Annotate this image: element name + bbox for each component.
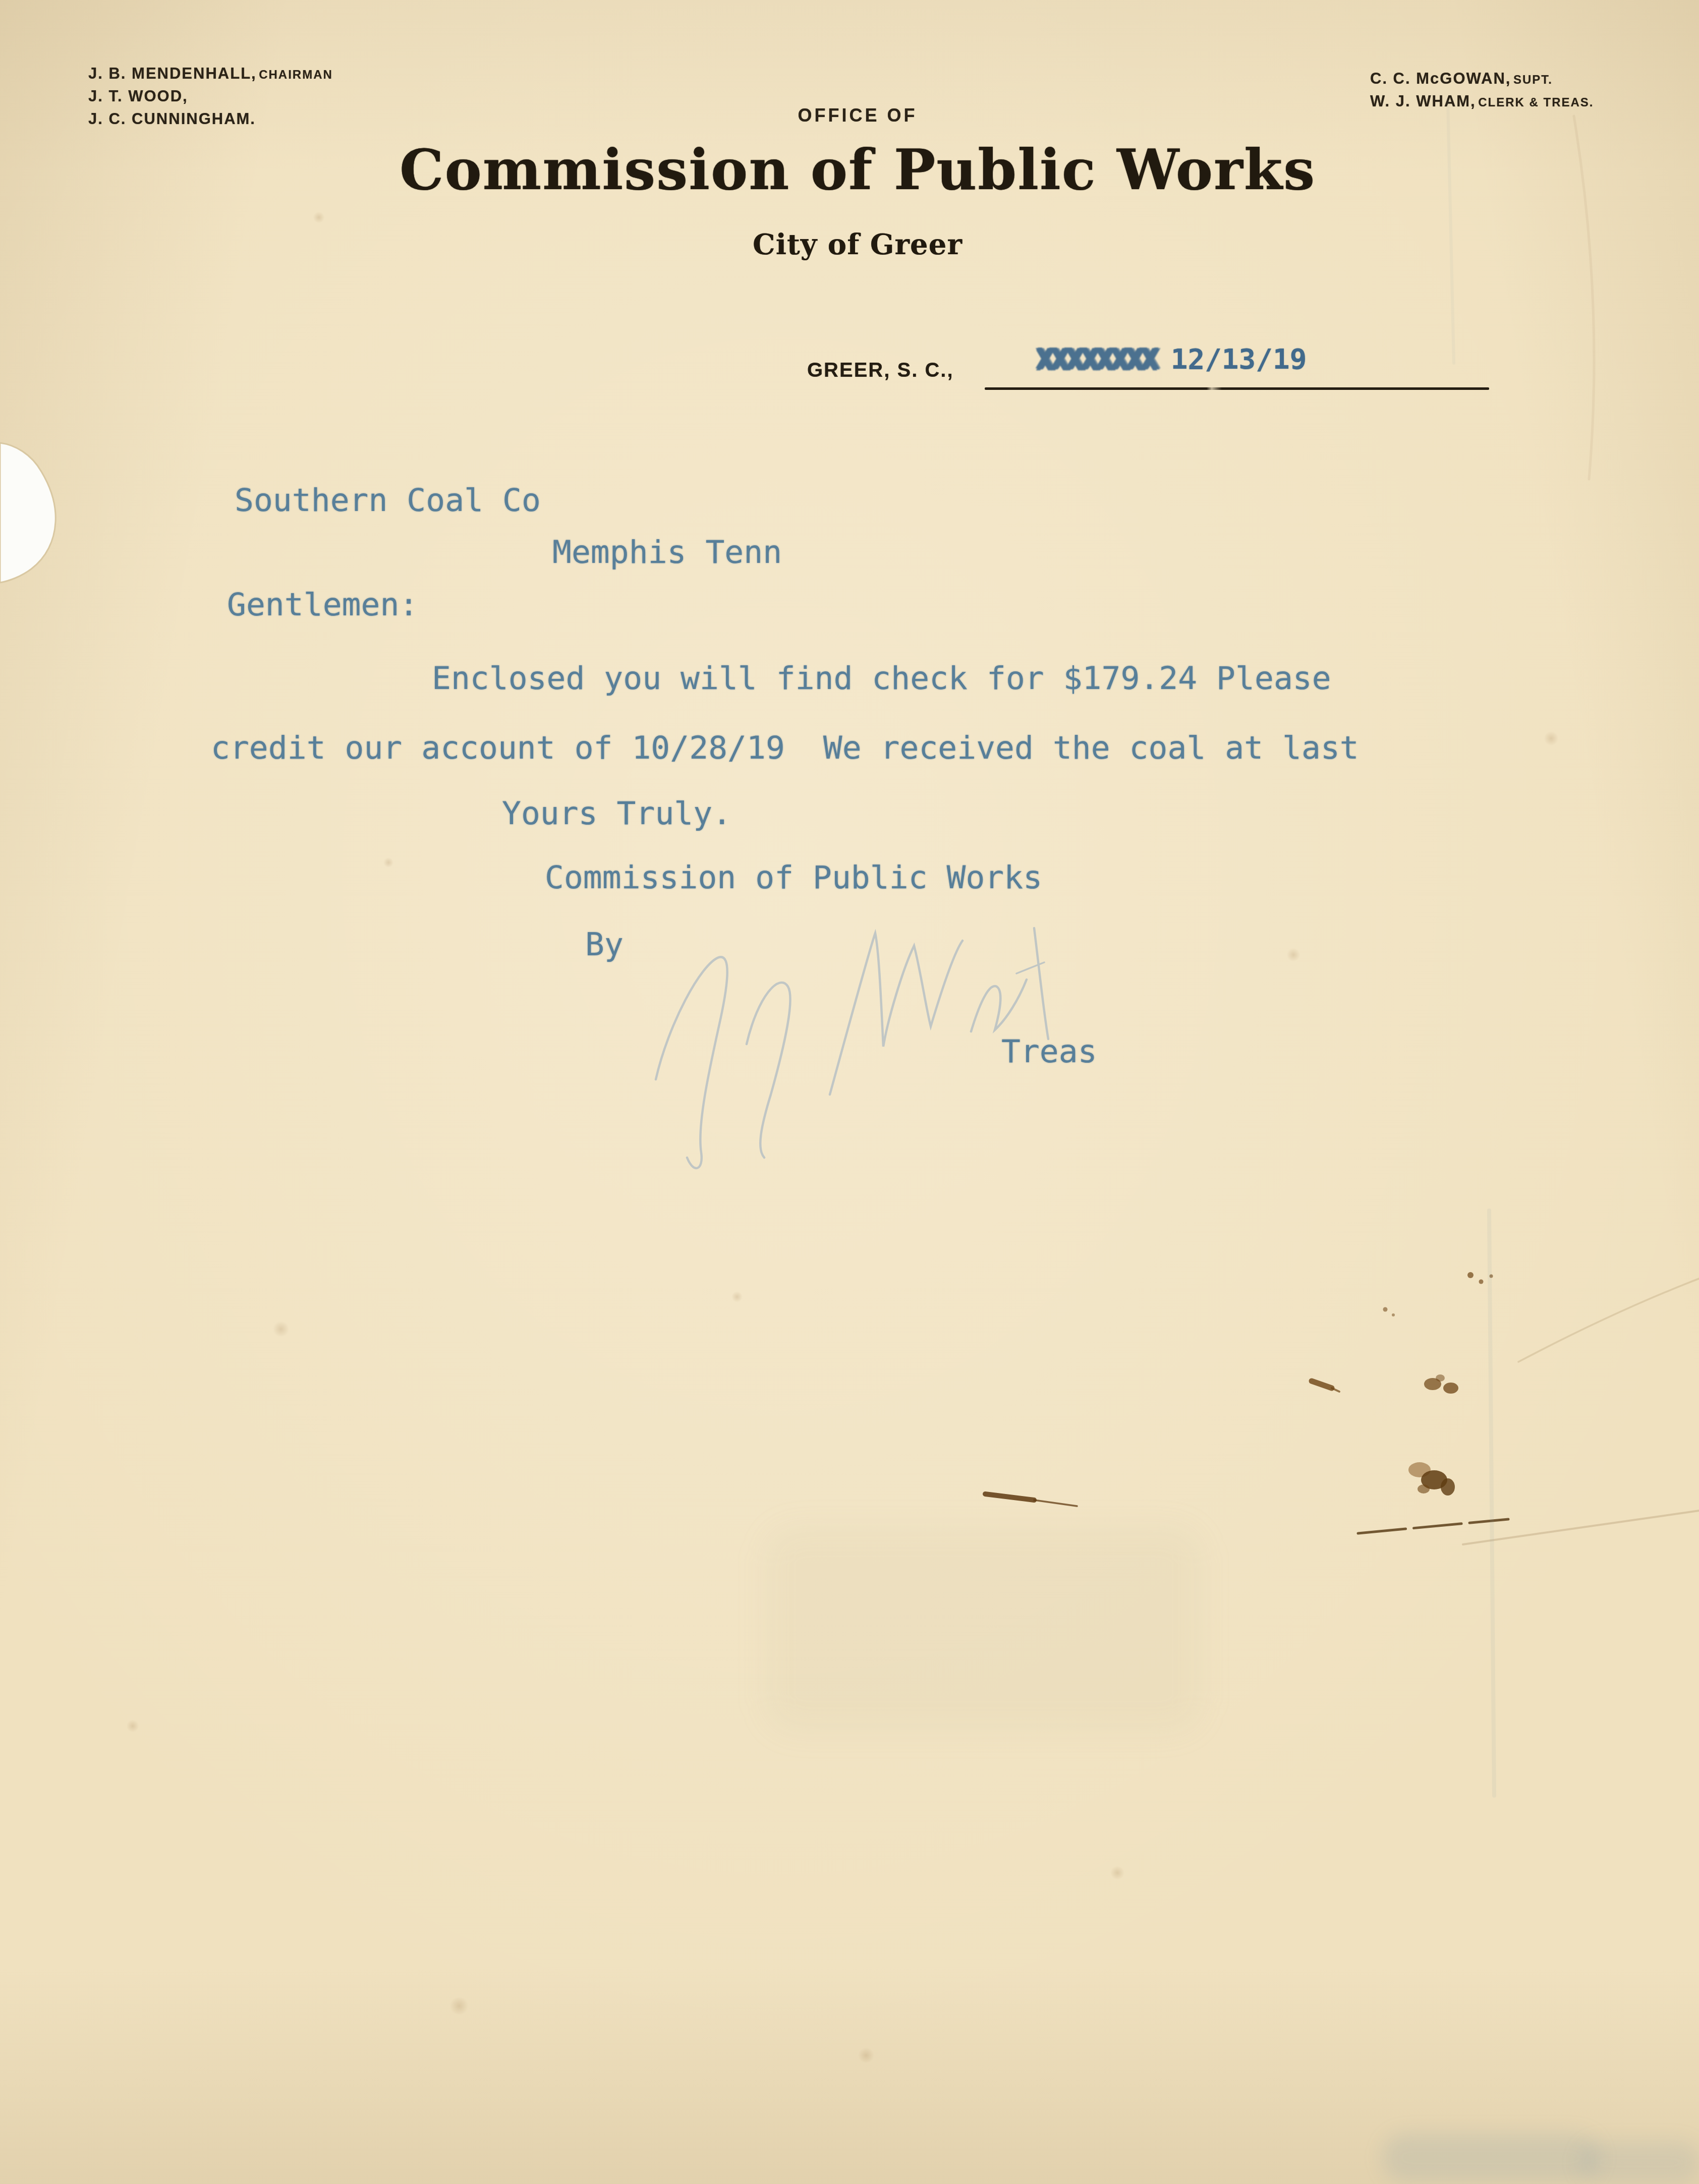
letter-document: J. B. MENDENHALL, CHAIRMAN J. T. WOOD, J… (0, 0, 1699, 2184)
paper-speck (1544, 731, 1559, 745)
place-date-label: GREER, S. C., (807, 359, 954, 382)
officer-name: J. T. WOOD, (88, 87, 188, 105)
officer-row: C. C. McGOWAN, SUPT. (1370, 70, 1594, 92)
recipient-line: Southern Coal Co (235, 482, 541, 519)
officer-row: J. C. CUNNINGHAM. (88, 110, 333, 133)
closing-line: Yours Truly. (502, 795, 731, 832)
officer-name: W. J. WHAM, (1370, 92, 1476, 110)
signature-org-line: Commission of Public Works (545, 859, 1042, 896)
bleedthrough-ghost (1579, 2141, 1699, 2184)
paper-speck (313, 212, 325, 223)
city-subtitle: City of Greer (753, 228, 962, 261)
officer-title: SUPT. (1513, 73, 1553, 87)
paper-speck (272, 1321, 290, 1337)
paper-speck (1286, 948, 1300, 961)
officers-right-block: C. C. McGOWAN, SUPT. W. J. WHAM, CLERK &… (1370, 70, 1594, 115)
organization-title: Commission of Public Works (400, 137, 1316, 202)
paper-speck (731, 1291, 743, 1302)
officer-name: J. B. MENDENHALL, (88, 65, 257, 82)
officer-row: J. B. MENDENHALL, CHAIRMAN (88, 65, 333, 87)
officer-title: CLERK & TREAS. (1478, 96, 1594, 109)
stamp-obliterated-text: XXXXXXXX (1037, 343, 1157, 376)
recipient-city-line: Memphis Tenn (552, 534, 782, 570)
body-line-1: Enclosed you will find check for $179.24… (432, 660, 1331, 697)
paper-speck (858, 2048, 875, 2063)
officers-left-block: J. B. MENDENHALL, CHAIRMAN J. T. WOOD, J… (88, 65, 333, 133)
paper-tear (0, 424, 101, 605)
salutation-line: Gentlemen: (227, 586, 418, 623)
bleedthrough-ghost (1382, 2134, 1599, 2181)
signature-by-label: By (585, 926, 624, 963)
paper-stains (0, 0, 1699, 2184)
paper-speck (1110, 1866, 1125, 1879)
paper-speck (449, 1997, 469, 2015)
officer-name: C. C. McGOWAN, (1370, 70, 1511, 87)
stamp-date-text: 12/13/19 (1171, 343, 1307, 376)
officer-row: J. T. WOOD, (88, 87, 333, 110)
date-underline (985, 387, 1489, 390)
body-line-2: credit our account of 10/28/19 We receiv… (211, 729, 1359, 766)
signature-title-line: Treas (1001, 1033, 1097, 1070)
bleedthrough-ghost (767, 1528, 1201, 1730)
paper-speck (126, 1720, 139, 1732)
date-stamp: XXXXXXXX12/13/19 (1037, 343, 1307, 376)
paper-speck (383, 857, 393, 868)
officer-name: J. C. CUNNINGHAM. (88, 110, 256, 128)
officer-row: W. J. WHAM, CLERK & TREAS. (1370, 92, 1594, 115)
officer-title: CHAIRMAN (259, 68, 333, 82)
office-of-label: OFFICE OF (798, 105, 918, 126)
